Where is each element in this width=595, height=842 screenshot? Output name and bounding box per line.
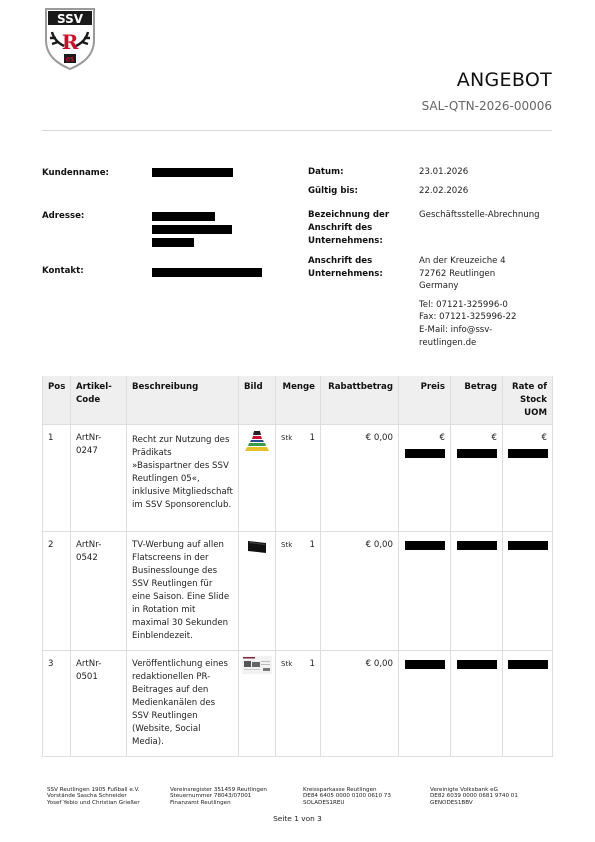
cell-pos: 2	[43, 532, 71, 651]
flatscreen-icon	[246, 540, 268, 554]
col-header-code: Artikel-Code	[71, 376, 127, 425]
rate-redacted	[508, 541, 548, 550]
page-number: Seite 1 von 3	[0, 814, 595, 823]
cell-amount: €	[451, 425, 503, 532]
cell-image	[239, 425, 276, 532]
address-line-1-redacted	[152, 212, 215, 221]
company-address-line: 72762 Reutlingen	[419, 268, 516, 281]
phone-line: Tel: 07121-325996-0	[419, 299, 516, 312]
footer-line: Finanzamt Reutlingen	[170, 800, 267, 806]
cell-description: Recht zur Nutzung des Prädikats »Basispa…	[127, 425, 239, 532]
cell-rate: €	[503, 425, 553, 532]
cell-amount	[451, 532, 503, 651]
col-header-description: Beschreibung	[127, 376, 239, 425]
cell-description: Veröffentlichung eines redaktionellen PR…	[127, 651, 239, 757]
cell-discount: € 0,00	[321, 532, 399, 651]
cell-price	[399, 651, 451, 757]
company-address-title-value: Geschäftsstelle-Abrechnung	[419, 209, 540, 222]
uom-label: Stk	[281, 539, 292, 552]
footer-line: DE82 6039 0000 0681 9740 01	[430, 793, 518, 799]
address-label: Adresse:	[42, 210, 84, 223]
amount-redacted	[457, 660, 497, 669]
document-title: ANGEBOT	[457, 69, 552, 91]
cell-image	[239, 532, 276, 651]
col-header-price: Preis	[399, 376, 451, 425]
footer-line: SOLADES1REU	[303, 800, 391, 806]
rate-redacted	[508, 449, 548, 458]
cell-image	[239, 651, 276, 757]
cell-price: €	[399, 425, 451, 532]
document-number: SAL-QTN-2026-00006	[422, 99, 552, 113]
svg-text:SSV: SSV	[57, 12, 84, 26]
cell-qty: Stk 1	[276, 532, 321, 651]
cell-discount: € 0,00	[321, 425, 399, 532]
qty-value: 1	[310, 539, 315, 552]
cell-code: ArtNr-0501	[71, 651, 127, 757]
uom-label: Stk	[281, 432, 292, 445]
col-header-qty: Menge	[276, 376, 321, 425]
col-header-pos: Pos	[43, 376, 71, 425]
cell-description: TV-Werbung auf allen Flatscreens in der …	[127, 532, 239, 651]
company-address-title-label: Bezeichnung der Anschrift des Unternehme…	[308, 209, 408, 248]
svg-text:05: 05	[66, 57, 74, 64]
valid-until-value: 22.02.2026	[419, 185, 468, 198]
euro-symbol: €	[440, 433, 445, 443]
table-row: 2 ArtNr-0542 TV-Werbung auf allen Flatsc…	[43, 532, 553, 651]
cell-qty: Stk 1	[276, 425, 321, 532]
footer-line: DE84 6405 0000 0100 0610 73	[303, 793, 391, 799]
footer-column-club: SSV Reutlingen 1905 Fußball e.V. Vorstän…	[47, 787, 140, 806]
footer-column-bank-2: Vereinigte Volksbank eG DE82 6039 0000 0…	[430, 787, 518, 806]
footer-line: Vorstände Sascha Schneider	[47, 793, 140, 799]
amount-redacted	[457, 541, 497, 550]
customer-name-redacted	[152, 168, 233, 177]
ssv-reutlingen-crest-icon: SSV R 05	[42, 6, 98, 70]
company-address-label: Anschrift des Unternehmens:	[308, 255, 403, 281]
cell-rate	[503, 651, 553, 757]
valid-until-label: Gültig bis:	[308, 185, 358, 198]
cell-qty: Stk 1	[276, 651, 321, 757]
col-header-discount: Rabattbetrag	[321, 376, 399, 425]
email-line-continued[interactable]: reutlingen.de	[419, 337, 516, 350]
date-label: Datum:	[308, 166, 344, 179]
table-row: 3 ArtNr-0501 Veröffentlichung eines reda…	[43, 651, 553, 757]
website-screenshot-icon	[242, 656, 272, 674]
address-line-2-redacted	[152, 225, 232, 234]
price-redacted	[405, 541, 445, 550]
col-header-rate: Rate ofStockUOM	[503, 376, 553, 425]
table-header-row: Pos Artikel-Code Beschreibung Bild Menge…	[43, 376, 553, 425]
items-table: Pos Artikel-Code Beschreibung Bild Menge…	[42, 376, 553, 757]
uom-label: Stk	[281, 658, 292, 671]
col-header-image: Bild	[239, 376, 276, 425]
cell-code: ArtNr-0542	[71, 532, 127, 651]
cell-rate	[503, 532, 553, 651]
cell-price	[399, 532, 451, 651]
contact-redacted	[152, 268, 262, 277]
address-line-3-redacted	[152, 238, 194, 247]
cell-code: ArtNr-0247	[71, 425, 127, 532]
svg-text:R: R	[62, 30, 79, 54]
qty-value: 1	[310, 658, 315, 671]
rate-redacted	[508, 660, 548, 669]
company-address-line: Germany	[419, 280, 516, 293]
fax-line: Fax: 07121-325996-22	[419, 311, 516, 324]
contact-label: Kontakt:	[42, 265, 84, 278]
footer-column-registry: Vereinsregister 351459 Reutlingen Steuer…	[170, 787, 267, 806]
price-redacted	[405, 449, 445, 458]
company-address-line: An der Kreuzeiche 4	[419, 255, 516, 268]
header-divider	[42, 130, 552, 131]
cell-pos: 3	[43, 651, 71, 757]
date-value: 23.01.2026	[419, 166, 468, 179]
email-line[interactable]: E-Mail: info@ssv-	[419, 324, 516, 337]
company-address-block: An der Kreuzeiche 4 72762 Reutlingen Ger…	[419, 255, 516, 349]
footer-line: Yosef Yebio und Christian Grießer	[47, 800, 140, 806]
euro-symbol: €	[492, 433, 497, 443]
price-redacted	[405, 660, 445, 669]
cell-pos: 1	[43, 425, 71, 532]
table-row: 1 ArtNr-0247 Recht zur Nutzung des Prädi…	[43, 425, 553, 532]
col-header-amount: Betrag	[451, 376, 503, 425]
qty-value: 1	[310, 432, 315, 445]
cell-amount	[451, 651, 503, 757]
footer-column-bank-1: Kreissparkasse Reutlingen DE84 6405 0000…	[303, 787, 391, 806]
cell-discount: € 0,00	[321, 651, 399, 757]
footer-line: GENODES1BBV	[430, 800, 518, 806]
euro-symbol: €	[542, 433, 547, 443]
amount-redacted	[457, 449, 497, 458]
customer-name-label: Kundenname:	[42, 167, 109, 180]
pyramid-partner-icon	[243, 429, 271, 453]
